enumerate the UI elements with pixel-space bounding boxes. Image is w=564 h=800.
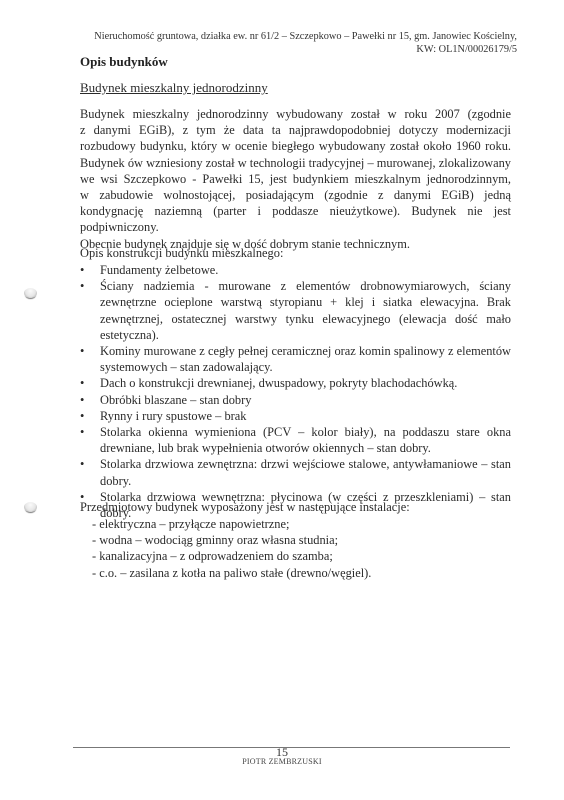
- construction-item: •Kominy murowane z cegły pełnej ceramicz…: [80, 343, 511, 375]
- bullet-icon: •: [80, 375, 84, 391]
- construction-item-text: Dach o konstrukcji drewnianej, dwuspadow…: [100, 376, 457, 390]
- construction-item: •Stolarka okienna wymieniona (PCV – kolo…: [80, 424, 511, 456]
- bullet-icon: •: [80, 408, 84, 424]
- section-title: Opis budynków: [80, 54, 168, 70]
- bullet-icon: •: [80, 343, 84, 359]
- construction-item-text: Rynny i rury spustowe – brak: [100, 409, 246, 423]
- installation-item: - c.o. – zasilana z kotła na paliwo stał…: [92, 565, 371, 581]
- construction-item-text: Kominy murowane z cegły pełnej ceramiczn…: [100, 344, 511, 374]
- description-line: podpiwniczony.: [80, 219, 511, 235]
- punch-hole-top: [24, 288, 37, 298]
- description-line: Budynek mieszkalny jednorodzinny wybudow…: [80, 106, 511, 122]
- punch-hole-bottom: [24, 502, 37, 512]
- construction-label: Opis konstrukcji budynku mieszkalnego:: [80, 246, 283, 261]
- construction-item-text: Fundamenty żelbetowe.: [100, 263, 218, 277]
- installation-item: - wodna – wodociąg gminny oraz własna st…: [92, 532, 371, 548]
- construction-item: •Dach o konstrukcji drewnianej, dwuspado…: [80, 375, 511, 391]
- construction-list: •Fundamenty żelbetowe.•Ściany nadziemia …: [80, 262, 511, 521]
- description-line: Budynek ów wzniesiony został w technolog…: [80, 155, 511, 171]
- header-property-line: Nieruchomość gruntowa, działka ew. nr 61…: [57, 31, 517, 44]
- description-line: z danymi EGiB), z tym że data ta najpraw…: [80, 122, 511, 138]
- construction-item-text: Stolarka okienna wymieniona (PCV – kolor…: [100, 425, 511, 455]
- building-description: Budynek mieszkalny jednorodzinny wybudow…: [80, 106, 511, 252]
- installation-item: - kanalizacyjna – z odprowadzeniem do sz…: [92, 548, 371, 564]
- construction-item-text: Stolarka drzwiowa zewnętrzna: drzwi wejś…: [100, 457, 511, 487]
- construction-item: •Ściany nadziemia - murowane z elementów…: [80, 278, 511, 343]
- construction-item-text: Obróbki blaszane – stan dobry: [100, 393, 251, 407]
- subsection-title: Budynek mieszkalny jednorodzinny: [80, 80, 268, 96]
- installations-label: Przedmiotowy budynek wyposażony jest w n…: [80, 500, 410, 515]
- description-line: w zabudowie wolnostojącej, posiadającym …: [80, 187, 511, 203]
- footer-author: PIOTR ZEMBRZUSKI: [0, 757, 564, 766]
- bullet-icon: •: [80, 262, 84, 278]
- description-line: kondygnację naziemną (parter i poddasze …: [80, 203, 511, 219]
- description-line: we wsi Szczepkowo - Pawełki 15, jest bud…: [80, 171, 511, 187]
- construction-item-text: Ściany nadziemia - murowane z elementów …: [100, 279, 511, 342]
- description-line: rozbudowy budynku, który w ocenie biegłe…: [80, 138, 511, 154]
- construction-item: •Obróbki blaszane – stan dobry: [80, 392, 511, 408]
- construction-item: •Rynny i rury spustowe – brak: [80, 408, 511, 424]
- bullet-icon: •: [80, 392, 84, 408]
- installations-list: - elektryczna – przyłącze napowietrzne;-…: [92, 516, 371, 581]
- bullet-icon: •: [80, 424, 84, 440]
- installation-item: - elektryczna – przyłącze napowietrzne;: [92, 516, 371, 532]
- bullet-icon: •: [80, 456, 84, 472]
- construction-item: •Fundamenty żelbetowe.: [80, 262, 511, 278]
- document-header: Nieruchomość gruntowa, działka ew. nr 61…: [57, 31, 517, 56]
- bullet-icon: •: [80, 278, 84, 294]
- construction-item: •Stolarka drzwiowa zewnętrzna: drzwi wej…: [80, 456, 511, 488]
